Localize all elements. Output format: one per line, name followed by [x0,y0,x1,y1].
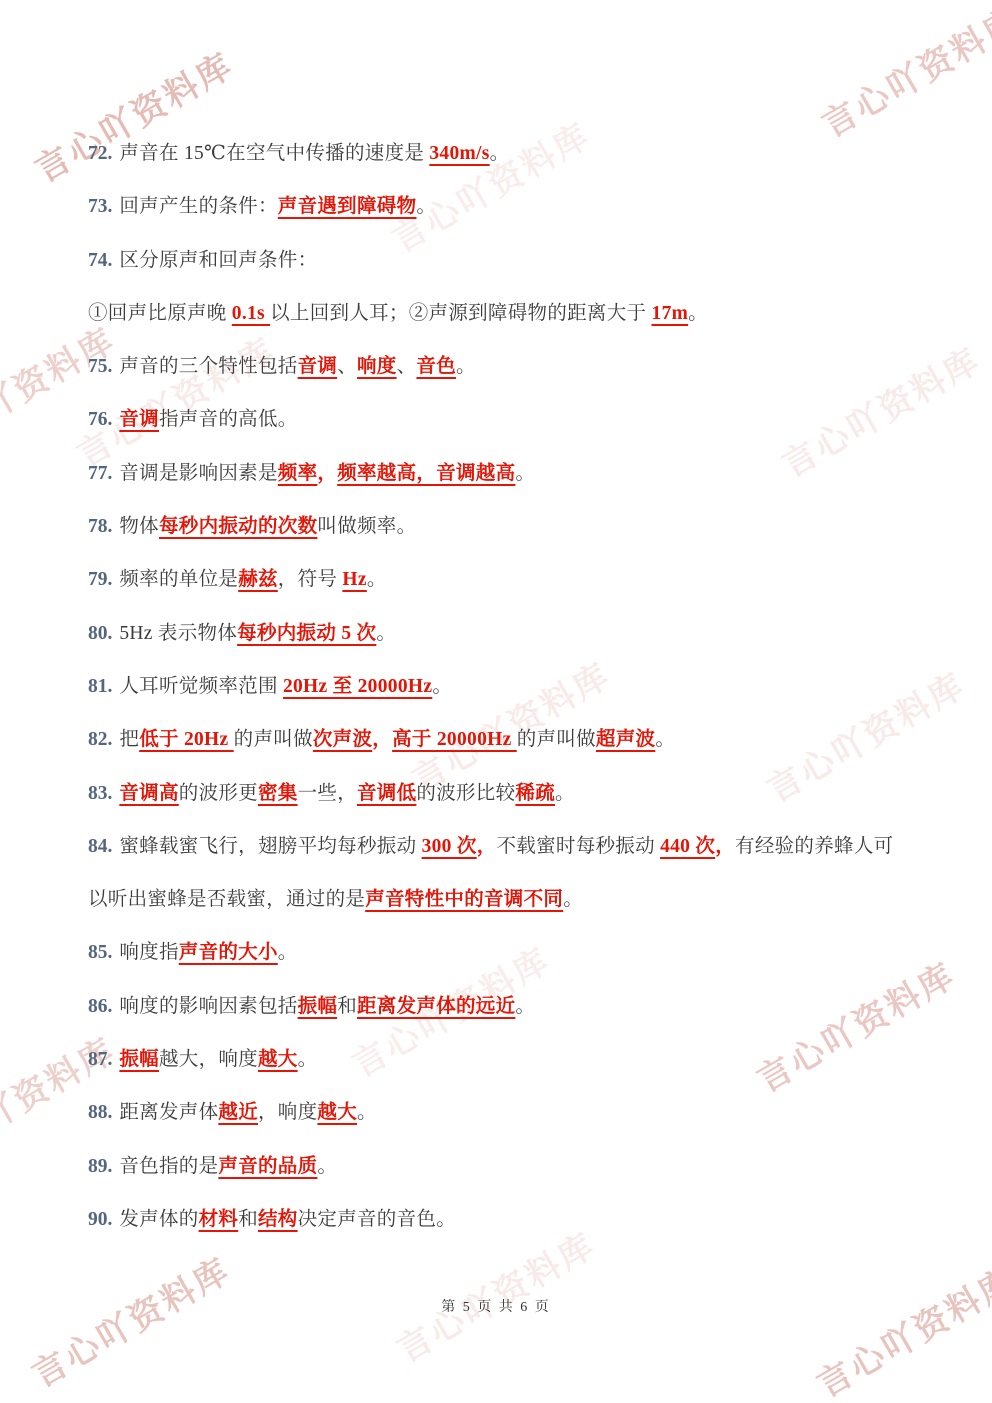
question-item: 72.声音在 15℃在空气中传播的速度是 340m/s。 [88,127,910,180]
body-text: 叫做频率。 [317,516,416,537]
answer-text: 频率 [278,463,318,484]
body-text: 。 [515,996,535,1017]
body-text: 一些， [298,783,357,804]
body-text: 声音在 15℃在空气中传播的速度是 [119,143,429,164]
body-text: 音调是影响因素是 [119,463,277,484]
item-number: 90. [88,1209,112,1230]
answer-text: 音调高 [119,783,178,804]
body-text: 的声叫做 [234,729,313,750]
body-text: 决定声音的音色。 [298,1209,456,1230]
item-number: 84. [88,836,112,857]
body-text: 发声体的 [119,1209,198,1230]
question-item: 89.音色指的是声音的品质。 [88,1140,910,1193]
answer-text: 结构 [258,1209,298,1230]
body-text: 和 [337,996,357,1017]
question-item: 81.人耳听觉频率范围 20Hz 至 20000Hz。 [88,660,910,713]
body-text: 蜜蜂载蜜飞行，翅膀平均每秒振动 [119,836,421,857]
question-item: 79.频率的单位是赫兹，符号 Hz。 [88,553,910,606]
answer-text: ， [715,836,735,857]
answer-text: 17m [652,303,689,324]
answer-text: 音调低 [357,783,416,804]
item-number: 78. [88,516,112,537]
item-number: 74. [88,250,112,271]
watermark: 言心吖资料库 [807,1253,992,1403]
body-text: 。 [490,143,510,164]
question-item: 83.音调高的波形更密集一些，音调低的波形比较稀疏。 [88,767,910,820]
body-text: 。 [688,303,708,324]
body-text: ①回声比原声晚 [88,303,232,324]
answer-text: 0.1s [232,303,270,324]
item-number: 87. [88,1049,112,1070]
answer-text: 声音的大小 [179,942,278,963]
item-number: 81. [88,676,112,697]
body-text: 不载蜜时每秒振动 [497,836,661,857]
watermark: 言心吖资料库 [22,1243,239,1396]
body-text: 的波形比较 [416,783,515,804]
answer-text: ， [372,729,392,750]
answer-text: 低于 20Hz [139,729,233,750]
question-item: ①回声比原声晚 0.1s 以上回到人耳；②声源到障碍物的距离大于 17m。 [88,287,910,340]
question-item: 74.区分原声和回声条件： [88,234,910,287]
question-item: 87.振幅越大，响度越大。 [88,1033,910,1086]
answer-text: 响度 [357,356,397,377]
body-text: 。 [416,196,436,217]
item-number: 83. [88,783,112,804]
answer-text: 每秒内振动的次数 [159,516,317,537]
question-item: 85.响度指声音的大小。 [88,926,910,979]
question-item: 90.发声体的材料和结构决定声音的音色。 [88,1193,910,1246]
question-item: 77.音调是影响因素是频率，频率越高，音调越高。 [88,447,910,500]
body-text: 。 [655,729,675,750]
body-text: 。 [515,463,535,484]
body-text: ，响度 [258,1102,317,1123]
item-number: 80. [88,623,112,644]
body-text: 指声音的高低。 [159,409,298,430]
page-footer: 第 5 页 共 6 页 [0,1296,992,1316]
body-text: 。 [298,1049,318,1070]
question-item: 76.音调指声音的高低。 [88,393,910,446]
answer-text: 440 次 [660,836,715,857]
body-text: 人耳听觉频率范围 [119,676,283,697]
body-text: 。 [367,569,387,590]
answer-text: 340m/s [429,143,489,164]
body-text: 。 [317,1156,337,1177]
body-text: 、 [397,356,417,377]
body-text: 。 [555,783,575,804]
body-text: 回声产生的条件： [119,196,277,217]
item-number: 85. [88,942,112,963]
question-item: 84.蜜蜂载蜜飞行，翅膀平均每秒振动 300 次，不载蜜时每秒振动 440 次，… [88,820,910,927]
body-text: 音色指的是 [119,1156,218,1177]
body-text: 和 [238,1209,258,1230]
body-text: 。 [563,889,583,910]
body-text: ，符号 [278,569,343,590]
answer-text: 赫兹 [238,569,278,590]
document-body: 72.声音在 15℃在空气中传播的速度是 340m/s。73.回声产生的条件：声… [88,127,910,1246]
answer-text: 越近 [218,1102,258,1123]
answer-text: 稀疏 [515,783,555,804]
item-number: 82. [88,729,112,750]
question-item: 86.响度的影响因素包括振幅和距离发声体的远近。 [88,980,910,1033]
answer-text: 音调 [298,356,338,377]
answer-text: 声音的品质 [218,1156,317,1177]
body-text: 声音的三个特性包括 [119,356,297,377]
question-item: 78.物体每秒内振动的次数叫做频率。 [88,500,910,553]
body-text: 。 [432,676,452,697]
answer-text: 振幅 [298,996,338,1017]
body-text: 距离发声体 [119,1102,218,1123]
answer-text: 高于 20000Hz [392,729,517,750]
item-number: 86. [88,996,112,1017]
body-text: 的声叫做 [517,729,596,750]
answer-text: 频率越高，音调越高 [337,463,515,484]
item-number: 79. [88,569,112,590]
answer-text: 声音遇到障碍物 [278,196,417,217]
item-number: 77. [88,463,112,484]
question-item: 73.回声产生的条件：声音遇到障碍物。 [88,180,910,233]
answer-text: 材料 [199,1209,239,1230]
answer-text: ， [317,463,337,484]
body-text: 响度的影响因素包括 [119,996,297,1017]
item-number: 73. [88,196,112,217]
question-item: 75.声音的三个特性包括音调、响度、音色。 [88,340,910,393]
body-text: 。 [278,942,298,963]
body-text: 。 [376,623,396,644]
answer-text: 300 次 [422,836,477,857]
answer-text: ， [477,836,497,857]
item-number: 72. [88,143,112,164]
answer-text: 每秒内振动 5 次 [237,623,376,644]
body-text: 以上回到人耳；②声源到障碍物的距离大于 [270,303,651,324]
body-text: 物体 [119,516,159,537]
answer-text: 越大 [317,1102,357,1123]
body-text: 频率的单位是 [119,569,238,590]
answer-text: 超声波 [596,729,655,750]
answer-text: 密集 [258,783,298,804]
question-item: 82.把低于 20Hz 的声叫做次声波，高于 20000Hz 的声叫做超声波。 [88,713,910,766]
answer-text: 声音特性中的音调不同 [365,889,563,910]
answer-text: 音调 [119,409,159,430]
item-number: 89. [88,1156,112,1177]
body-text: 区分原声和回声条件： [119,250,317,271]
body-text: 响度指 [119,942,178,963]
answer-text: Hz [342,569,366,590]
answer-text: 音色 [416,356,456,377]
watermark: 言心吖资料库 [812,0,992,147]
answer-text: 距离发声体的远近 [357,996,515,1017]
body-text: 。 [357,1102,377,1123]
question-item: 80.5Hz 表示物体每秒内振动 5 次。 [88,607,910,660]
question-item: 88.距离发声体越近，响度越大。 [88,1086,910,1139]
answer-text: 振幅 [119,1049,159,1070]
answer-text: 次声波 [313,729,372,750]
item-number: 76. [88,409,112,430]
body-text: 5Hz 表示物体 [119,623,237,644]
answer-text: 越大 [258,1049,298,1070]
answer-text: 20Hz 至 20000Hz [283,676,432,697]
item-number: 75. [88,356,112,377]
body-text: 、 [337,356,357,377]
body-text: 的波形更 [179,783,258,804]
item-number: 88. [88,1102,112,1123]
body-text: 。 [456,356,476,377]
body-text: 越大，响度 [159,1049,258,1070]
body-text: 把 [119,729,139,750]
